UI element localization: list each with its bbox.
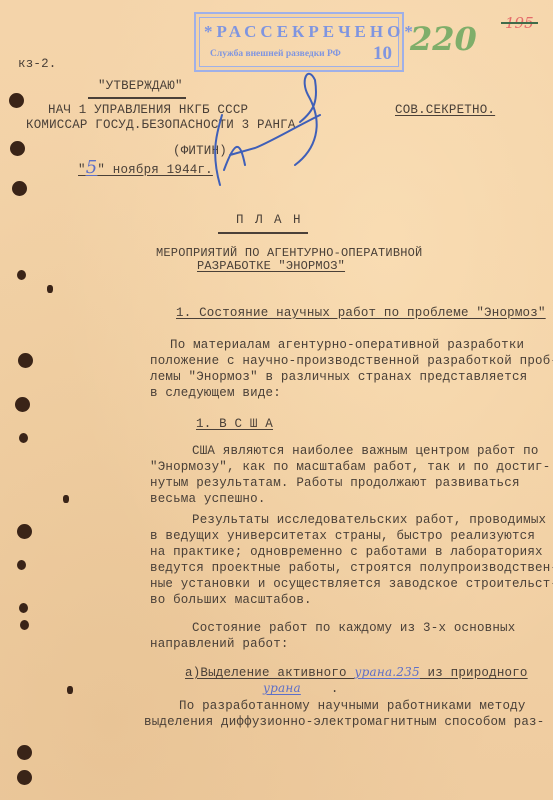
date-open-quote: " xyxy=(78,163,86,177)
text-line: США являются наиболее важным центром раб… xyxy=(150,443,550,459)
punch-hole xyxy=(19,433,28,443)
item-a-heading: а)Выделение активного урана.235 из приро… xyxy=(185,664,528,681)
usa-paragraph-2: Результаты исследовательских работ, пров… xyxy=(150,512,553,608)
text-line: направлений работ: xyxy=(150,636,515,652)
strikethrough-line xyxy=(501,22,538,24)
punch-hole xyxy=(63,495,69,503)
signature-icon xyxy=(200,70,360,190)
text-line: Результаты исследовательских работ, пров… xyxy=(150,512,553,528)
plan-title: П Л А Н xyxy=(236,212,303,228)
text-line: во больших масштабов. xyxy=(150,592,553,608)
item-a-continuation: урана. xyxy=(263,680,339,697)
item-a-end: . xyxy=(331,682,339,696)
punch-hole xyxy=(17,524,32,539)
text-line: положение с научно-производственной разр… xyxy=(150,353,553,369)
text-line: лемы "Энормоз" в различных странах предс… xyxy=(150,369,553,385)
stamp-number: 10 xyxy=(373,43,392,65)
punch-hole xyxy=(10,141,25,156)
punch-hole xyxy=(67,686,73,694)
text-line: Состояние работ по каждому из 3-х основн… xyxy=(150,620,515,636)
stamp-title: *РАССЕКРЕЧЕНО* xyxy=(204,22,417,42)
text-line: По материалам агентурно-оперативной разр… xyxy=(150,337,553,353)
punch-hole xyxy=(9,93,24,108)
page-number-red-struck: 195 xyxy=(505,14,534,32)
text-line: в следующем виде: xyxy=(150,385,553,401)
text-line: ные установки и осуществляется заводское… xyxy=(150,576,553,592)
doc-code: кз-2. xyxy=(18,56,57,72)
punch-hole xyxy=(20,620,29,630)
text-line: в ведущих университетах страны, быстро р… xyxy=(150,528,553,544)
plan-title-underline xyxy=(218,232,308,234)
punch-hole xyxy=(18,353,33,368)
handwritten-insertion-uranium: урана xyxy=(263,681,331,695)
punch-hole xyxy=(12,181,27,196)
page-number-green: 220 xyxy=(410,20,477,58)
approval-date: "5" ноября 1944г. xyxy=(78,160,213,178)
punch-hole xyxy=(17,560,26,570)
date-day-handwritten: 5 xyxy=(86,157,98,178)
classification-label: СОВ.СЕКРЕТНО. xyxy=(395,102,495,118)
section-1-heading: 1. Состояние научных работ по проблеме "… xyxy=(176,305,546,321)
text-line: ведутся проектные работы, строятся полуп… xyxy=(150,560,553,576)
text-line: По разработанному научными работниками м… xyxy=(144,698,544,714)
usa-paragraph-1: США являются наиболее важным центром раб… xyxy=(150,443,550,507)
stamp-subtitle: Служба внешней разведки РФ xyxy=(210,49,341,59)
usa-paragraph-3: Состояние работ по каждому из 3-х основн… xyxy=(150,620,515,652)
text-line: выделения диффузионно-электромагнитным с… xyxy=(144,714,544,730)
date-rest: " ноября 1944г. xyxy=(97,163,213,177)
item-a-suffix: из природного xyxy=(420,666,528,680)
handwritten-insertion-uranium-235: урана.235 xyxy=(354,665,419,679)
subheading-usa: 1. В С Ш А xyxy=(196,416,273,432)
punch-hole xyxy=(17,770,32,785)
punch-hole xyxy=(19,603,28,613)
declassified-stamp: *РАССЕКРЕЧЕНО* Служба внешней разведки Р… xyxy=(194,12,404,72)
item-a-paragraph: По разработанному научными работниками м… xyxy=(144,698,544,730)
text-line: на практике; одновременно с работами в л… xyxy=(150,544,553,560)
approved-label: "УТВЕРЖДАЮ" xyxy=(98,78,183,94)
section-1-intro: По материалам агентурно-оперативной разр… xyxy=(150,337,553,401)
punch-hole xyxy=(15,397,30,412)
text-line: нутым результатам. Работы продолжают раз… xyxy=(150,475,550,491)
text-line: "Энормозу", как по масштабам работ, так … xyxy=(150,459,550,475)
text-line: весьма успешно. xyxy=(150,491,550,507)
approval-underline xyxy=(88,97,186,99)
punch-hole xyxy=(17,270,26,280)
punch-hole xyxy=(17,745,32,760)
item-a-prefix: а)Выделение активного xyxy=(185,666,354,680)
plan-subtitle-line-2: РАЗРАБОТКЕ "ЭНОРМОЗ" xyxy=(197,258,345,274)
punch-hole xyxy=(47,285,53,293)
